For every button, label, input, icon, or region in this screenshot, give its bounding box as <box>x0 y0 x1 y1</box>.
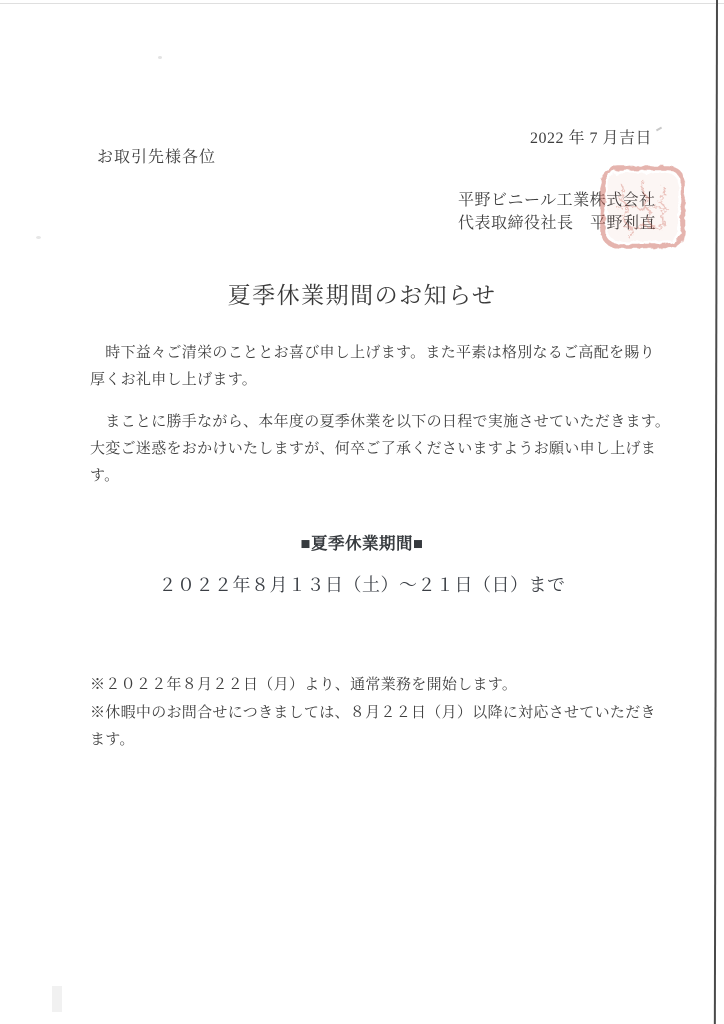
notes-block: ※２０２２年８月２２日（月）より、通常業務を開始します。 ※休暇中のお問合せにつ… <box>90 672 695 755</box>
letter-date: 2022 年 7 月吉日 <box>530 125 652 148</box>
scan-speck <box>656 127 662 132</box>
scanned-letter-page: 2022 年 7 月吉日 お取引先様各位 平野ビニール工業株式会社 代表取締役社… <box>0 0 724 1024</box>
greeting-paragraph: 時下益々ご清栄のこととお喜び申し上げます。また平素は格別なるご高配を賜り 厚くお… <box>90 340 690 394</box>
scan-edge-right-line <box>714 0 718 1024</box>
holiday-section-heading: ■夏季休業期間■ <box>0 530 724 554</box>
announcement-paragraph: まことに勝手ながら、本年度の夏季休業を以下の日程で実施させていただきます。 大変… <box>90 409 690 490</box>
holiday-period-dates: ２０２２年８月１３日（土）～２１日（日）まで <box>0 571 724 597</box>
sender-block: 平野ビニール工業株式会社 代表取締役社長 平野利直 <box>458 189 656 235</box>
scan-speck <box>36 236 41 239</box>
document-title: 夏季休業期間のお知らせ <box>0 277 724 310</box>
sender-company: 平野ビニール工業株式会社 <box>458 189 656 212</box>
scan-edge-top-line <box>0 3 724 4</box>
note-inquiries: ※休暇中のお問合せにつきましては、８月２２日（月）以降に対応させていただき ます… <box>90 700 695 755</box>
scan-speck <box>158 56 162 59</box>
note-business-resume: ※２０２２年８月２２日（月）より、通常業務を開始します。 <box>90 672 695 700</box>
sender-representative: 代表取締役社長 平野利直 <box>458 212 656 235</box>
scan-smudge <box>52 986 62 1012</box>
recipient-line: お取引先様各位 <box>97 144 216 167</box>
